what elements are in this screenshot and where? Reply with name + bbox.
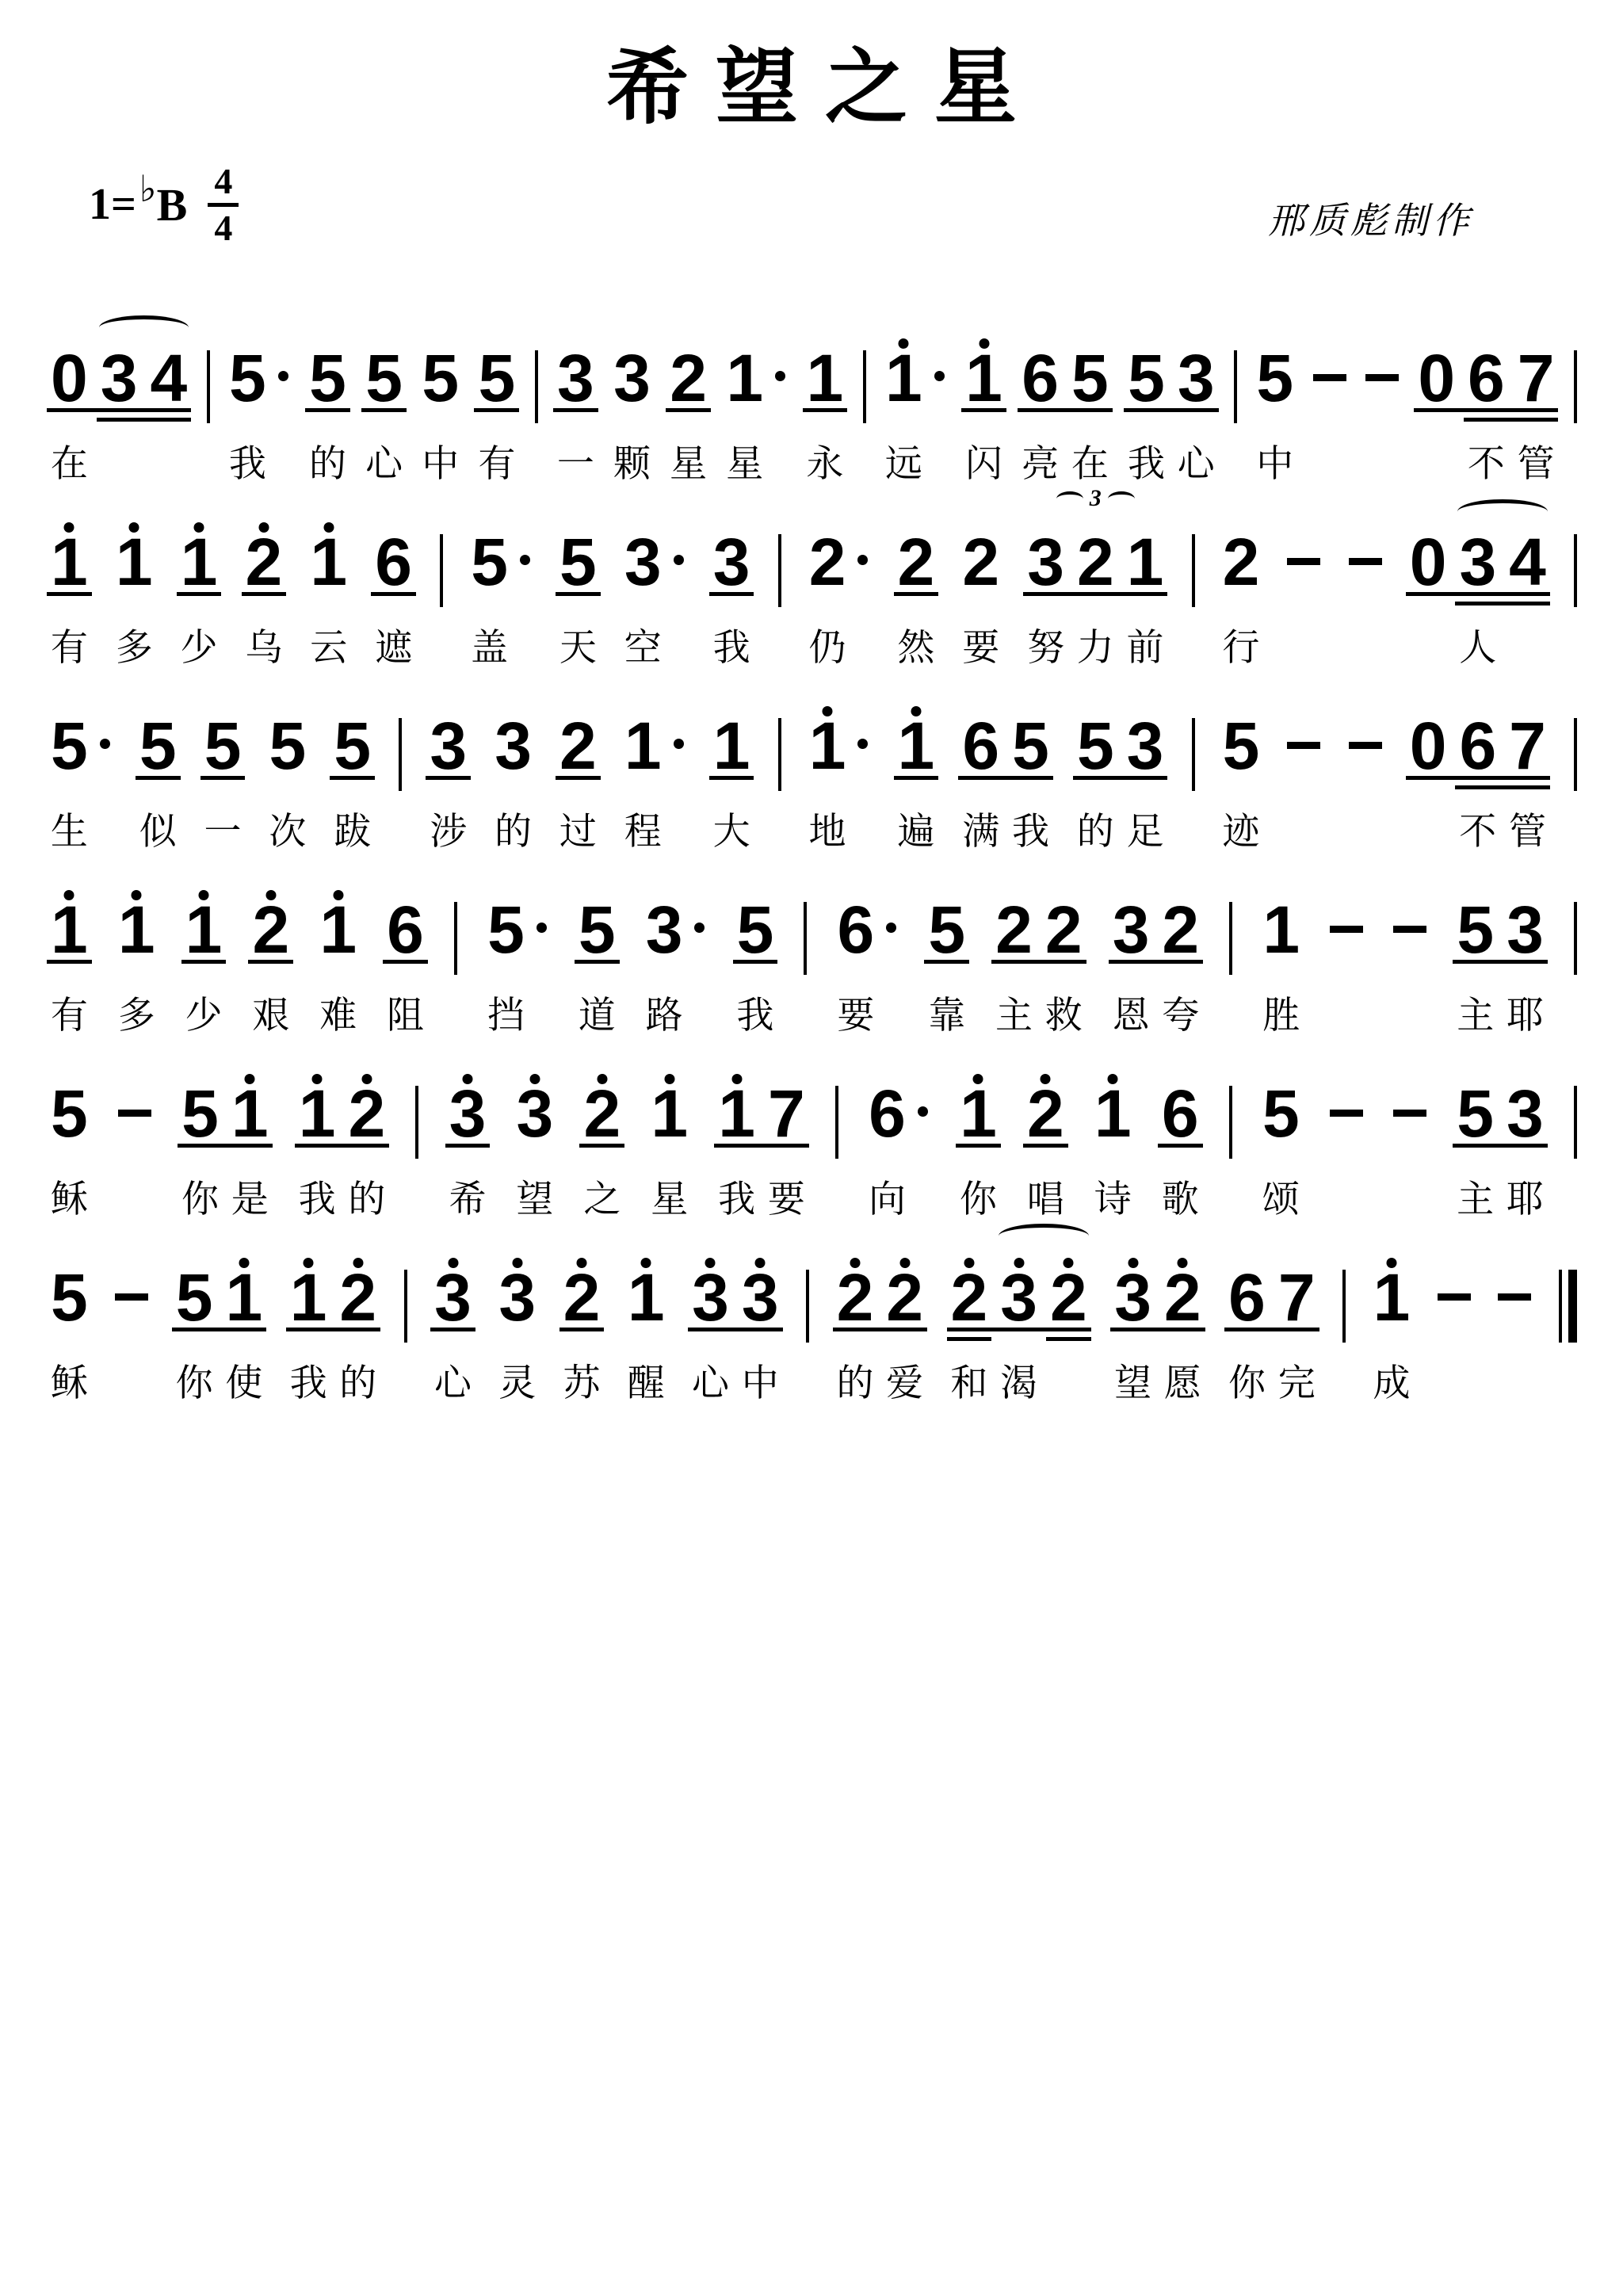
note-area: 2 xyxy=(809,491,846,618)
octave-dot xyxy=(462,1074,472,1084)
note-number: 1 xyxy=(1094,1078,1132,1149)
note-number: 1 xyxy=(185,894,223,965)
held-note-dash xyxy=(1313,308,1346,381)
lyric-syllable: 次 xyxy=(269,810,306,853)
note: 5有 xyxy=(478,308,515,434)
note-number: 5 xyxy=(487,894,525,965)
note-area: 5 xyxy=(579,859,616,986)
note-column: 5 xyxy=(181,1078,219,1149)
note-column: 5 xyxy=(269,710,307,781)
octave-dot xyxy=(1064,1258,1074,1268)
note-area: 5 xyxy=(471,491,508,618)
lyric-syllable: 星 xyxy=(670,442,707,485)
note-column: 2 xyxy=(559,710,597,781)
held-note-dash xyxy=(1330,859,1363,933)
barline xyxy=(1192,534,1195,607)
note-area: 3 xyxy=(624,491,662,618)
note-number: 1 xyxy=(809,710,846,781)
beam-underline xyxy=(803,408,848,412)
lyric-syllable: 路 xyxy=(646,994,683,1037)
augmentation-dot xyxy=(857,739,868,749)
sheet-music-page: 希望之星 1= ♭ B 4 4 邢质彪制作 034在5我5的5心5中5有3一3颗… xyxy=(0,0,1623,2296)
note-area: 2 xyxy=(583,1043,621,1170)
note-area: 067 xyxy=(1410,675,1546,802)
octave-dot xyxy=(705,1258,716,1268)
lyric-syllable: 一 xyxy=(557,442,594,485)
note-area: 3 xyxy=(613,308,651,434)
note-number: 1 xyxy=(807,342,844,414)
music-system-4: 1有1多1少2艰1难6阻5挡5道3路5我6要5靠22主救32恩夸1胜53主耶 xyxy=(51,859,1577,986)
barline xyxy=(778,534,781,607)
note-number: 2 xyxy=(348,1078,385,1149)
note-group: 034在 xyxy=(51,308,187,434)
note-number: 4 xyxy=(1509,526,1546,598)
lyric-syllable: 远 xyxy=(885,442,922,485)
note: 1遍 xyxy=(898,675,935,802)
beam-underline xyxy=(1455,785,1549,789)
lyric-syllable: 主 xyxy=(1457,1178,1494,1221)
note-column: 4 xyxy=(150,342,187,414)
final-bar-thick xyxy=(1568,1270,1577,1343)
octave-dot xyxy=(899,338,909,349)
lyric-syllable: 我 xyxy=(1012,810,1049,853)
lyric-syllable: 我 xyxy=(1128,442,1165,485)
note-area: 1 xyxy=(965,308,1002,434)
beam-underline xyxy=(1110,1328,1205,1331)
held-note-dash xyxy=(1349,491,1382,565)
music-system-3: 5生5似5一5次5跋3涉3的2过1程1大1地1遍65满我53的足5迹067不管 xyxy=(51,675,1577,802)
octave-dot xyxy=(1178,1258,1188,1268)
note-number: 2 xyxy=(563,1262,601,1333)
lyric-syllable: 靠 xyxy=(928,994,965,1037)
note: 5迹 xyxy=(1223,675,1260,802)
note-column: 5 xyxy=(309,342,346,414)
octave-dot xyxy=(323,522,334,533)
dash-mark xyxy=(1313,374,1346,381)
note-area: 6 xyxy=(869,1043,906,1170)
note-number: 3 xyxy=(1507,1078,1544,1149)
note-area: 12 xyxy=(299,1043,385,1170)
held-note-dash xyxy=(1287,491,1320,565)
note-number: 5 xyxy=(928,894,965,965)
note-number: 2 xyxy=(670,342,707,414)
note-column: 3 xyxy=(624,526,662,598)
octave-dot xyxy=(239,1258,249,1268)
triplet-number: 3 xyxy=(1090,491,1102,506)
lyric-syllable: 满 xyxy=(962,810,999,853)
note-area: 5 xyxy=(334,675,371,802)
note-number: 5 xyxy=(579,894,616,965)
note-area: 1 xyxy=(713,675,750,802)
note-column: 5 xyxy=(478,342,515,414)
note-number: 2 xyxy=(339,1262,376,1333)
lyric-syllable: 耶 xyxy=(1507,994,1544,1037)
key-letter: B xyxy=(157,178,188,231)
note: 3涉 xyxy=(430,675,467,802)
barline xyxy=(399,718,402,791)
note: 1少 xyxy=(185,859,223,986)
note-number: 3 xyxy=(1114,1262,1151,1333)
held-note-dash xyxy=(118,1043,151,1117)
beam-underline xyxy=(1453,1144,1547,1148)
octave-dot xyxy=(132,890,142,900)
note-area: 5 xyxy=(51,1043,88,1170)
note-column: 6 xyxy=(838,894,875,965)
lyric-syllable: 闪 xyxy=(965,442,1002,485)
note-area: 67 xyxy=(1228,1227,1315,1354)
key-signature: 1= ♭ B 4 4 xyxy=(89,163,239,246)
beam-underline xyxy=(894,776,939,780)
beam-underline xyxy=(709,592,754,596)
note-column: 5 xyxy=(737,894,774,965)
note-number: 1 xyxy=(718,1078,755,1149)
barline xyxy=(535,350,538,423)
note-number: 6 xyxy=(838,894,875,965)
lyric-syllable: 有 xyxy=(51,994,88,1037)
note-number: 2 xyxy=(962,526,999,598)
note: 2星 xyxy=(670,308,707,434)
dash-mark xyxy=(1349,742,1382,749)
note-number: 6 xyxy=(869,1078,906,1149)
note-number: 5 xyxy=(1077,710,1114,781)
beam-underline xyxy=(958,776,1052,780)
octave-dot xyxy=(979,338,989,349)
lyric-syllable: 努 xyxy=(1027,626,1064,669)
note-column: 2 xyxy=(837,1262,874,1333)
note-column: 5 xyxy=(487,894,525,965)
note-number: 5 xyxy=(51,710,88,781)
lyric-syllable: 我 xyxy=(718,1178,755,1221)
beam-underline xyxy=(688,1328,782,1331)
note-area: 5 xyxy=(1262,1043,1300,1170)
augmentation-dot xyxy=(537,923,547,933)
note-area: 53 xyxy=(1457,1043,1543,1170)
note-column: 3 xyxy=(1178,342,1215,414)
beam-underline xyxy=(474,408,519,412)
note-column: 1 xyxy=(1373,1262,1411,1333)
octave-dot xyxy=(899,1258,910,1268)
lyric-syllable: 心 xyxy=(1178,442,1215,485)
note-group: 067不管 xyxy=(1418,308,1554,434)
note-column: 1 xyxy=(181,526,218,598)
octave-dot xyxy=(664,1074,674,1084)
lyric-syllable: 的 xyxy=(836,1362,873,1404)
note-number: 1 xyxy=(116,526,153,598)
note-area: 22 xyxy=(837,1227,923,1354)
beam-underline xyxy=(553,408,598,412)
note-area: 1 xyxy=(116,491,153,618)
octave-dot xyxy=(1108,1074,1118,1084)
dash-mark xyxy=(1498,1293,1531,1301)
held-note-dash xyxy=(1349,675,1382,749)
lyric-syllable: 稣 xyxy=(51,1362,88,1404)
beam-underline xyxy=(1455,602,1549,606)
lyric-syllable: 的 xyxy=(1077,810,1114,853)
note-column: 3 xyxy=(495,710,532,781)
note-group: 12我的 xyxy=(290,1227,376,1354)
note-number: 2 xyxy=(583,1078,621,1149)
beam-underline xyxy=(714,1144,808,1148)
note: 5盖 xyxy=(471,491,508,618)
lyric-syllable: 歌 xyxy=(1162,1178,1199,1221)
note: 2艰 xyxy=(252,859,289,986)
note-area: 1 xyxy=(624,675,662,802)
note-number: 7 xyxy=(1509,710,1546,781)
lyric-syllable: 我 xyxy=(299,1178,336,1221)
lyric-syllable: 然 xyxy=(897,626,934,669)
lyric-syllable: 道 xyxy=(579,994,616,1037)
note-group: 51你是 xyxy=(181,1043,268,1170)
note-group: 232和渴 xyxy=(951,1227,1087,1354)
note-area: 5 xyxy=(487,859,525,986)
note: 3的 xyxy=(495,675,532,802)
note: 1诗 xyxy=(1094,1043,1132,1170)
note-area: 53 xyxy=(1457,859,1543,986)
dash-mark xyxy=(1365,374,1399,381)
lyric-syllable: 我 xyxy=(290,1362,327,1404)
lyric-syllable: 恩 xyxy=(1113,994,1150,1037)
lyric-syllable: 醒 xyxy=(628,1362,665,1404)
note-area: 2 xyxy=(1027,1043,1064,1170)
music-system-2: 1有1多1少2乌1云6遮5盖5天3空3我2仍2然2要3213努力前2行034人 xyxy=(51,491,1577,618)
note-area: 6 xyxy=(1162,1043,1199,1170)
note-number: 2 xyxy=(1027,1078,1064,1149)
octave-dot xyxy=(577,1258,587,1268)
music-system-5: 5稣51你是12我的3希3望2之1星17我要6向1你2唱1诗6歌5颂53主耶 xyxy=(51,1043,1577,1170)
note-column: 5 xyxy=(1077,710,1114,781)
note-group: 067不管 xyxy=(1410,675,1546,802)
note: 3空 xyxy=(624,491,662,618)
note: 5跋 xyxy=(334,675,371,802)
note-group: 3213努力前 xyxy=(1027,491,1163,618)
note-column: 5 xyxy=(1128,342,1165,414)
note: 1有 xyxy=(51,491,88,618)
note-number: 2 xyxy=(559,710,597,781)
note: 3颗 xyxy=(613,308,651,434)
note-column: 2 xyxy=(1027,1078,1064,1149)
lyric-syllable: 乌 xyxy=(245,626,282,669)
lyric-syllable: 力 xyxy=(1077,626,1114,669)
note-number: 5 xyxy=(334,710,371,781)
rest-number: 0 xyxy=(1418,342,1455,414)
dash-mark xyxy=(1393,926,1426,933)
dash-mark xyxy=(1438,1293,1471,1301)
note-number: 1 xyxy=(885,342,922,414)
note-number: 5 xyxy=(51,1262,88,1333)
note-column: 2 xyxy=(246,526,283,598)
lyric-syllable: 难 xyxy=(319,994,357,1037)
note: 5挡 xyxy=(487,859,525,986)
beam-underline xyxy=(1018,408,1112,412)
lyric-syllable: 天 xyxy=(559,626,597,669)
note-column: 6 xyxy=(1459,710,1496,781)
beam-underline xyxy=(1073,776,1167,780)
note: 2苏 xyxy=(563,1227,601,1354)
note-column: 1 xyxy=(624,710,662,781)
note-column: 1 xyxy=(319,894,357,965)
note-number: 5 xyxy=(229,342,266,414)
note-column: 1 xyxy=(726,342,763,414)
note: 1多 xyxy=(116,491,153,618)
lyric-syllable: 在 xyxy=(51,442,88,485)
lyric-syllable: 遍 xyxy=(897,810,934,853)
lyric-syllable: 足 xyxy=(1127,810,1164,853)
note-group: 51你使 xyxy=(176,1227,262,1354)
beam-underline xyxy=(383,960,428,964)
dash-mark xyxy=(1393,1110,1426,1117)
octave-dot xyxy=(597,1074,607,1084)
lyric-syllable: 望 xyxy=(516,1178,553,1221)
page-title: 希望之星 xyxy=(0,0,1623,136)
beam-underline xyxy=(330,776,375,780)
note-area: 067 xyxy=(1418,308,1554,434)
note: 2仍 xyxy=(809,491,846,618)
note-column: 3 xyxy=(613,342,651,414)
note: 5的 xyxy=(309,308,346,434)
lyric-syllable: 大 xyxy=(713,810,750,853)
beam-underline xyxy=(947,1337,992,1341)
note-area: 5 xyxy=(559,491,597,618)
note-number: 5 xyxy=(139,710,177,781)
held-note-dash xyxy=(1438,1227,1471,1301)
lyric-syllable: 有 xyxy=(51,626,88,669)
note-column: 5 xyxy=(422,342,459,414)
note-area: 6 xyxy=(375,491,412,618)
note-column: 1 xyxy=(718,1078,755,1149)
note-area: 3 xyxy=(449,1043,487,1170)
note-column: 6 xyxy=(387,894,424,965)
beam-underline xyxy=(361,408,407,412)
lyric-syllable: 中 xyxy=(422,442,459,485)
note-column: 1 xyxy=(628,1262,665,1333)
note: 5颂 xyxy=(1262,1043,1300,1170)
note: 1成 xyxy=(1373,1227,1411,1354)
note-number: 1 xyxy=(51,894,88,965)
final-bar-thin xyxy=(1559,1270,1562,1343)
note-column: 3 xyxy=(434,1262,472,1333)
beam-underline xyxy=(666,408,711,412)
barline xyxy=(835,1086,838,1159)
note-area: 1 xyxy=(118,859,155,986)
note-number: 3 xyxy=(495,710,532,781)
note-column: 2 xyxy=(348,1078,385,1149)
beam-underline xyxy=(1023,1144,1068,1148)
note-number: 1 xyxy=(960,1078,997,1149)
note-area: 5 xyxy=(928,859,965,986)
note-column: 5 xyxy=(1071,342,1109,414)
dash-mark xyxy=(1287,742,1320,749)
barline xyxy=(207,350,210,423)
note-number: 3 xyxy=(498,1262,536,1333)
note-column: 5 xyxy=(229,342,266,414)
beam-underline xyxy=(172,1328,266,1331)
lyric-syllable: 救 xyxy=(1045,994,1083,1037)
note-number: 3 xyxy=(101,342,138,414)
note: 1难 xyxy=(319,859,357,986)
note-number: 1 xyxy=(628,1262,665,1333)
lyric-syllable: 爱 xyxy=(886,1362,923,1404)
barline xyxy=(1229,1086,1232,1159)
octave-dot xyxy=(245,1074,255,1084)
barline xyxy=(1574,902,1577,975)
barline xyxy=(1574,1086,1577,1159)
octave-dot xyxy=(353,1258,363,1268)
lyric-syllable: 你 xyxy=(960,1178,997,1221)
note: 5我 xyxy=(229,308,266,434)
note: 1地 xyxy=(809,675,846,802)
beam-underline xyxy=(556,776,601,780)
lyric-syllable: 颗 xyxy=(613,442,651,485)
lyric-syllable: 似 xyxy=(139,810,177,853)
lyric-syllable: 唱 xyxy=(1027,1178,1064,1221)
note-area: 32 xyxy=(1114,1227,1201,1354)
note-area: 2 xyxy=(962,491,999,618)
octave-dot xyxy=(512,1258,522,1268)
note-number: 3 xyxy=(646,894,683,965)
lyric-syllable: 艰 xyxy=(252,994,289,1037)
note-column: 3 xyxy=(1027,526,1064,598)
note-column: 1 xyxy=(1262,894,1300,965)
lyric-syllable: 少 xyxy=(185,994,223,1037)
note-column: 2 xyxy=(1223,526,1260,598)
note-number: 2 xyxy=(1077,526,1114,598)
beam-underline xyxy=(200,776,246,780)
barline xyxy=(806,1270,809,1343)
credit-text: 邢质彪制作 xyxy=(1268,192,1474,244)
note-column: 6 xyxy=(1468,342,1505,414)
barline xyxy=(415,1086,418,1159)
note-column: 2 xyxy=(252,894,289,965)
notes-row: 1有1多1少2乌1云6遮5盖5天3空3我2仍2然2要3213努力前2行034人 xyxy=(51,491,1577,618)
note: 3我 xyxy=(713,491,750,618)
note-number: 2 xyxy=(995,894,1033,965)
note-number: 1 xyxy=(181,526,218,598)
note-area: 5 xyxy=(51,1227,88,1354)
note-column: 2 xyxy=(1045,894,1083,965)
note-column: 6 xyxy=(1162,1078,1199,1149)
lyric-syllable: 心 xyxy=(365,442,403,485)
note-column: 1 xyxy=(807,342,844,414)
note-column: 5 xyxy=(334,710,371,781)
note: 1胜 xyxy=(1262,859,1300,986)
held-note-dash xyxy=(1393,1043,1426,1117)
music-system-6: 5稣51你使12我的3心3灵2苏1醒33心中22的爱232和渴32望愿67你完1… xyxy=(51,1227,1577,1354)
note: 3一 xyxy=(557,308,594,434)
lyric-syllable: 多 xyxy=(116,626,153,669)
lyric-syllable: 向 xyxy=(869,1178,906,1221)
note-column: 3 xyxy=(692,1262,729,1333)
note-area: 53 xyxy=(1077,675,1163,802)
lyric-syllable: 涉 xyxy=(430,810,467,853)
rest-number: 0 xyxy=(1410,526,1447,598)
note-area: 5 xyxy=(229,308,266,434)
note-column: 2 xyxy=(886,1262,923,1333)
lyric-syllable: 我 xyxy=(713,626,750,669)
octave-dot xyxy=(333,890,343,900)
lyric-syllable: 望 xyxy=(1114,1362,1151,1404)
lyric-syllable: 夸 xyxy=(1162,994,1199,1037)
lyric-syllable: 要 xyxy=(962,626,999,669)
note-column: 2 xyxy=(583,1078,621,1149)
lyric-syllable: 在 xyxy=(1071,442,1109,485)
lyric-syllable: 不 xyxy=(1468,442,1505,485)
note-area: 33 xyxy=(692,1227,778,1354)
note-column: 2 xyxy=(339,1262,376,1333)
note-number: 5 xyxy=(176,1262,213,1333)
beam-underline xyxy=(991,960,1086,964)
note-number: 2 xyxy=(1164,1262,1201,1333)
lyric-syllable: 星 xyxy=(726,442,763,485)
